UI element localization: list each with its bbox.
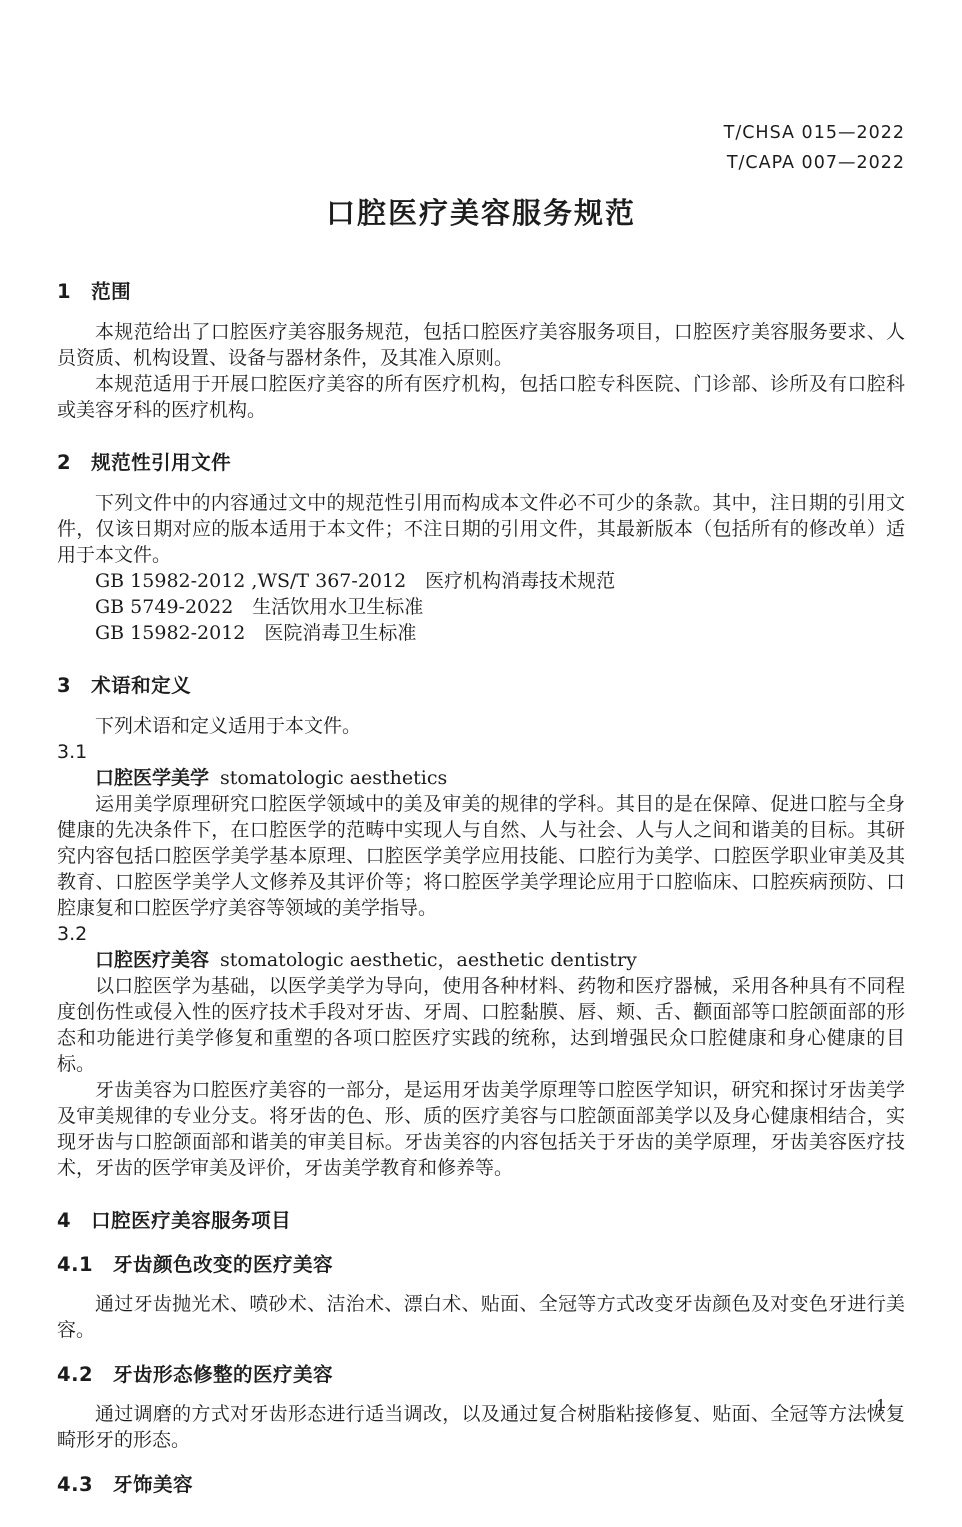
section-1-heading: 1 范围 (57, 280, 905, 304)
document-page: T/CHSA 015—2022 T/CAPA 007—2022 口腔医疗美容服务… (0, 0, 962, 1527)
normative-reference-1: GB 15982-2012 ,WS/T 367-2012 医疗机构消毒技术规范 (57, 568, 905, 594)
term-3-2-line: 口腔医疗美容stomatologic aesthetic，aesthetic d… (57, 947, 905, 973)
term-3-1-line: 口腔医学美学stomatologic aesthetics (57, 765, 905, 791)
section-1-paragraph-2: 本规范适用于开展口腔医疗美容的所有医疗机构，包括口腔专科医院、门诊部、诊所及有口… (57, 371, 905, 423)
doc-code-chsa: T/CHSA 015—2022 (57, 118, 905, 148)
section-3-intro: 下列术语和定义适用于本文件。 (57, 713, 905, 739)
section-4-2-paragraph: 通过调磨的方式对牙齿形态进行适当调改，以及通过复合树脂粘接修复、贴面、全冠等方法… (57, 1401, 905, 1453)
section-4-1-paragraph: 通过牙齿抛光术、喷砂术、洁治术、漂白术、贴面、全冠等方式改变牙齿颜色及对变色牙进… (57, 1291, 905, 1343)
section-2-paragraph-1: 下列文件中的内容通过文中的规范性引用而构成本文件必不可少的条款。其中，注日期的引… (57, 490, 905, 568)
term-3-2-name-en: stomatologic aesthetic，aesthetic dentist… (220, 949, 637, 971)
normative-reference-2: GB 5749-2022 生活饮用水卫生标准 (57, 594, 905, 620)
section-4-3-heading: 4.3 牙饰美容 (57, 1473, 905, 1497)
document-title: 口腔医疗美容服务规范 (57, 194, 905, 232)
normative-reference-3: GB 15982-2012 医院消毒卫生标准 (57, 620, 905, 646)
section-4-2-heading: 4.2 牙齿形态修整的医疗美容 (57, 1363, 905, 1387)
term-3-2-number: 3.2 (57, 921, 905, 947)
doc-code-capa: T/CAPA 007—2022 (57, 148, 905, 178)
section-4-1-heading: 4.1 牙齿颜色改变的医疗美容 (57, 1253, 905, 1277)
term-3-1-name-cn: 口腔医学美学 (95, 767, 209, 789)
section-1-paragraph-1: 本规范给出了口腔医疗美容服务规范，包括口腔医疗美容服务项目，口腔医疗美容服务要求… (57, 319, 905, 371)
term-3-1-name-en: stomatologic aesthetics (220, 767, 447, 789)
section-4-heading: 4 口腔医疗美容服务项目 (57, 1209, 905, 1233)
term-3-1-number: 3.1 (57, 739, 905, 765)
page-number: 1 (876, 1396, 886, 1416)
section-3-heading: 3 术语和定义 (57, 674, 905, 698)
term-3-1-definition: 运用美学原理研究口腔医学领域中的美及审美的规律的学科。其目的是在保障、促进口腔与… (57, 791, 905, 921)
term-3-2-definition-1: 以口腔医学为基础，以医学美学为导向，使用各种材料、药物和医疗器械，采用各种具有不… (57, 973, 905, 1077)
term-3-2-name-cn: 口腔医疗美容 (95, 949, 209, 971)
term-3-2-definition-2: 牙齿美容为口腔医疗美容的一部分，是运用牙齿美学原理等口腔医学知识，研究和探讨牙齿… (57, 1077, 905, 1181)
doc-codes: T/CHSA 015—2022 T/CAPA 007—2022 (57, 118, 905, 178)
section-2-heading: 2 规范性引用文件 (57, 451, 905, 475)
